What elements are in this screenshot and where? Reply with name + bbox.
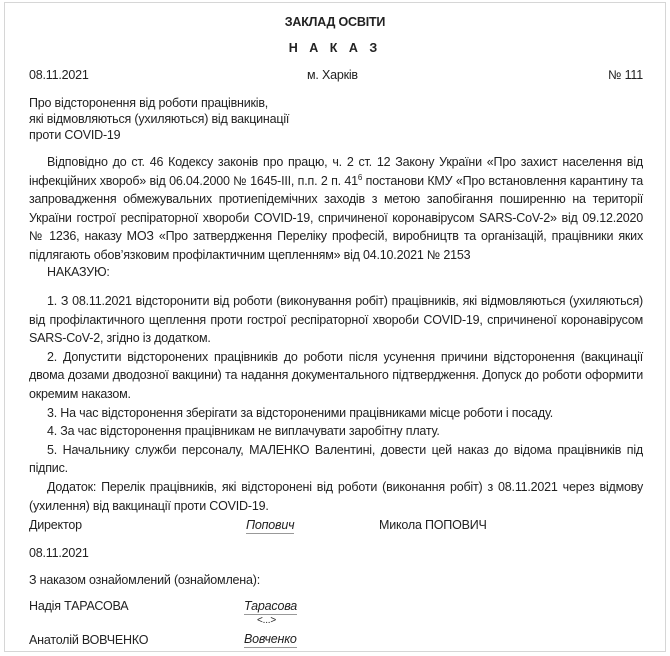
employee-signature: Тарасова — [244, 599, 297, 615]
acquaintance-label: З наказом ознайомлений (ознайомлена): — [29, 573, 260, 587]
subject-line: Про відсторонення від роботи працівників… — [29, 95, 289, 111]
order-directive: НАКАЗУЮ: — [47, 265, 110, 279]
director-signature: Попович — [246, 518, 294, 534]
preamble: Відповідно до ст. 46 Кодексу законів про… — [29, 153, 643, 265]
omission-marker: <...> — [257, 615, 276, 626]
appendix-note: Додаток: Перелік працівників, які відсто… — [29, 478, 643, 515]
order-items: 1. З 08.11.2021 відсторонити від роботи … — [29, 292, 643, 515]
order-item: 4. За час відсторонення працівникам не в… — [29, 422, 643, 441]
employee-name: Анатолій ВОВЧЕНКО — [29, 633, 148, 647]
order-subject: Про відсторонення від роботи працівників… — [29, 95, 289, 143]
order-number: № 111 — [608, 68, 643, 82]
employee-signature: Вовченко — [244, 632, 297, 648]
signature-position: Директор — [29, 518, 82, 532]
order-date: 08.11.2021 — [29, 68, 89, 82]
order-item: 1. З 08.11.2021 відсторонити від роботи … — [29, 292, 643, 348]
order-item: 5. Начальнику служби персоналу, МАЛЕНКО … — [29, 441, 643, 478]
signature-date: 08.11.2021 — [29, 546, 89, 560]
institution-name: ЗАКЛАД ОСВІТИ — [5, 15, 665, 29]
order-item: 2. Допустити відсторонених працівників д… — [29, 348, 643, 404]
subject-line: які відмовляються (ухиляються) від вакци… — [29, 111, 289, 127]
document-title: Н А К А З — [5, 41, 665, 55]
employee-name: Надія ТАРАСОВА — [29, 599, 128, 613]
order-document: ЗАКЛАД ОСВІТИ Н А К А З 08.11.2021 м. Ха… — [4, 2, 666, 652]
order-city: м. Харків — [307, 68, 358, 82]
subject-line: проти COVID-19 — [29, 127, 289, 143]
director-name: Микола ПОПОВИЧ — [379, 518, 487, 532]
order-item: 3. На час відсторонення зберігати за від… — [29, 404, 643, 423]
